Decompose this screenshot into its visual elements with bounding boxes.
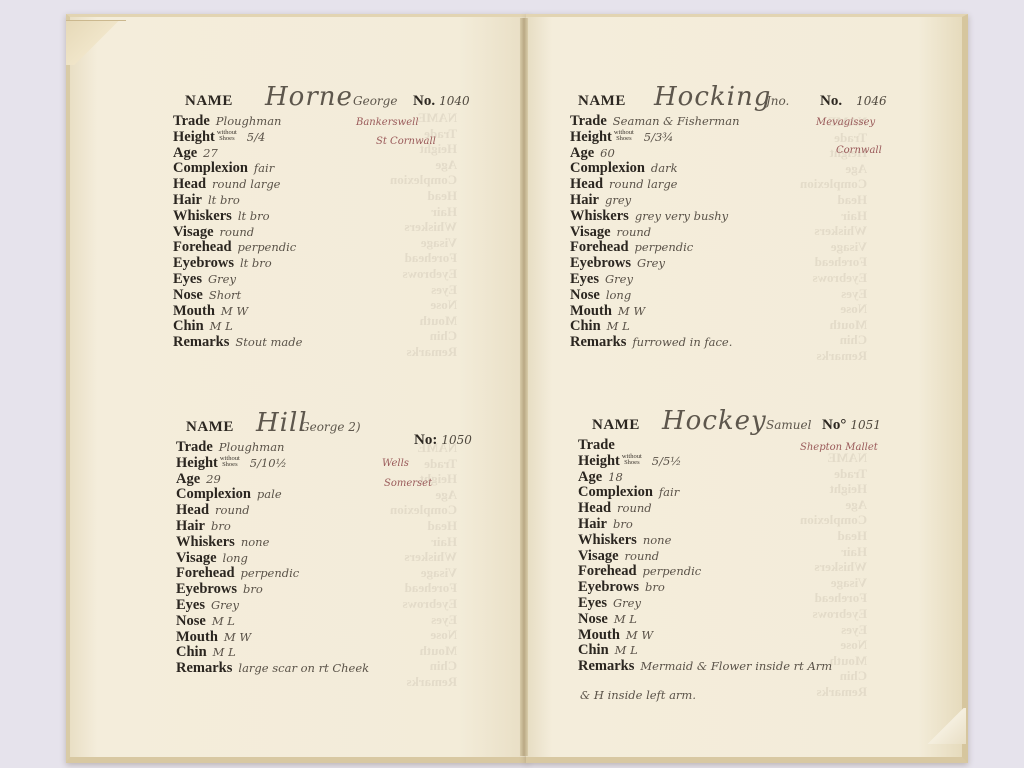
field-whiskers: Whiskerslt bro: [173, 207, 493, 223]
given-name: Jno.: [766, 94, 789, 108]
field-hair: Hairbro: [176, 517, 496, 533]
field-hair: Hairbro: [578, 515, 938, 531]
record-number: No.1040: [413, 93, 470, 110]
field-eyebrows: EyebrowsGrey: [570, 254, 930, 270]
field-height: HeightwithoutShoes5/4: [173, 128, 493, 144]
margin-note-red: St Cornwall: [376, 136, 436, 147]
margin-note-red: Shepton Mallet: [800, 442, 878, 453]
field-chin: ChinM L: [570, 317, 930, 333]
field-mouth: MouthM W: [173, 302, 493, 318]
field-complexion: Complexionfair: [173, 159, 493, 175]
field-remarks: RemarksStout made: [173, 333, 493, 349]
field-visage: Visageround: [173, 223, 493, 239]
field-visage: Visageround: [570, 223, 930, 239]
record-card: NAME Hockey Samuel No°1051 Trade Heightw…: [578, 408, 938, 673]
field-remarks: Remarksfurrowed in face.: [570, 333, 930, 349]
folded-corner: [66, 20, 126, 65]
field-eyes: EyesGrey: [176, 596, 496, 612]
field-trade: TradePloughman: [173, 112, 493, 128]
name-row: NAME Horne George No.1040: [173, 84, 493, 112]
name-row: NAME Hockey Samuel No°1051: [578, 408, 938, 436]
remarks-continuation: & H inside left arm.: [580, 688, 696, 702]
given-name: George 2): [300, 420, 361, 434]
field-nose: NoseShort: [173, 286, 493, 302]
field-mouth: MouthM W: [176, 628, 496, 644]
field-head: Headround large: [173, 175, 493, 191]
field-height: HeightwithoutShoes5/3¾: [570, 128, 930, 144]
name-label: NAME: [578, 93, 626, 110]
field-eyebrows: Eyebrowslt bro: [173, 254, 493, 270]
margin-note-red: Mevagissey: [816, 117, 875, 128]
field-trade: TradePloughman: [176, 438, 496, 454]
field-forehead: Foreheadperpendic: [176, 564, 496, 580]
surname: Horne: [265, 82, 353, 112]
name-label: NAME: [185, 93, 233, 110]
field-mouth: MouthM W: [570, 302, 930, 318]
field-chin: ChinM L: [173, 317, 493, 333]
field-head: Headround large: [570, 175, 930, 191]
margin-note-red: Somerset: [384, 478, 432, 489]
record-card: NAME Horne George No.1040 TradePloughman…: [173, 84, 493, 349]
field-complexion: Complexionfair: [578, 483, 938, 499]
field-whiskers: Whiskersgrey very bushy: [570, 207, 930, 223]
margin-note-red: Wells: [382, 458, 409, 469]
field-hair: Hairlt bro: [173, 191, 493, 207]
given-name: George: [353, 94, 397, 108]
field-eyebrows: Eyebrowsbro: [578, 578, 938, 594]
name-label: NAME: [592, 417, 640, 434]
field-eyes: EyesGrey: [570, 270, 930, 286]
field-eyebrows: Eyebrowsbro: [176, 580, 496, 596]
field-nose: Noselong: [570, 286, 930, 302]
field-nose: NoseM L: [176, 612, 496, 628]
surname: Hocking: [654, 82, 771, 112]
field-remarks: Remarkslarge scar on rt Cheek: [176, 659, 496, 675]
curled-corner: [926, 708, 966, 744]
record-card: NAME Hill George 2) No:1050 TradePloughm…: [176, 410, 496, 675]
field-hair: Hairgrey: [570, 191, 930, 207]
field-remarks: RemarksMermaid & Flower inside rt Arm: [578, 657, 938, 673]
field-nose: NoseM L: [578, 610, 938, 626]
field-chin: ChinM L: [578, 641, 938, 657]
field-visage: Visageround: [578, 547, 938, 563]
field-forehead: Foreheadperpendic: [578, 562, 938, 578]
field-eyes: EyesGrey: [173, 270, 493, 286]
name-label: NAME: [186, 419, 234, 436]
field-trade: TradeSeaman & Fisherman: [570, 112, 930, 128]
margin-note-red: Bankerswell: [356, 117, 419, 128]
record-number: No°1051: [822, 417, 881, 434]
margin-note-red: Cornwall: [836, 145, 882, 156]
field-complexion: Complexionpale: [176, 485, 496, 501]
field-height: HeightwithoutShoes5/10½: [176, 454, 496, 470]
name-row: NAME Hocking Jno. No.1046: [570, 84, 930, 112]
field-whiskers: Whiskersnone: [176, 533, 496, 549]
field-forehead: Foreheadperpendic: [570, 238, 930, 254]
field-complexion: Complexiondark: [570, 159, 930, 175]
field-forehead: Foreheadperpendic: [173, 238, 493, 254]
field-head: Headround: [578, 499, 938, 515]
field-eyes: EyesGrey: [578, 594, 938, 610]
field-trade: Trade: [578, 436, 938, 452]
field-age: Age18: [578, 468, 938, 484]
book-gutter: [520, 18, 528, 756]
field-head: Headround: [176, 501, 496, 517]
field-mouth: MouthM W: [578, 626, 938, 642]
field-visage: Visagelong: [176, 549, 496, 565]
record-card: NAME Hocking Jno. No.1046 TradeSeaman & …: [570, 84, 930, 349]
field-whiskers: Whiskersnone: [578, 531, 938, 547]
field-age: Age27: [173, 144, 493, 160]
given-name: Samuel: [766, 418, 811, 432]
surname: Hockey: [662, 406, 767, 436]
field-age: Age29: [176, 470, 496, 486]
record-number: No.1046: [820, 93, 887, 110]
field-height: HeightwithoutShoes5/5½: [578, 452, 938, 468]
field-chin: ChinM L: [176, 643, 496, 659]
